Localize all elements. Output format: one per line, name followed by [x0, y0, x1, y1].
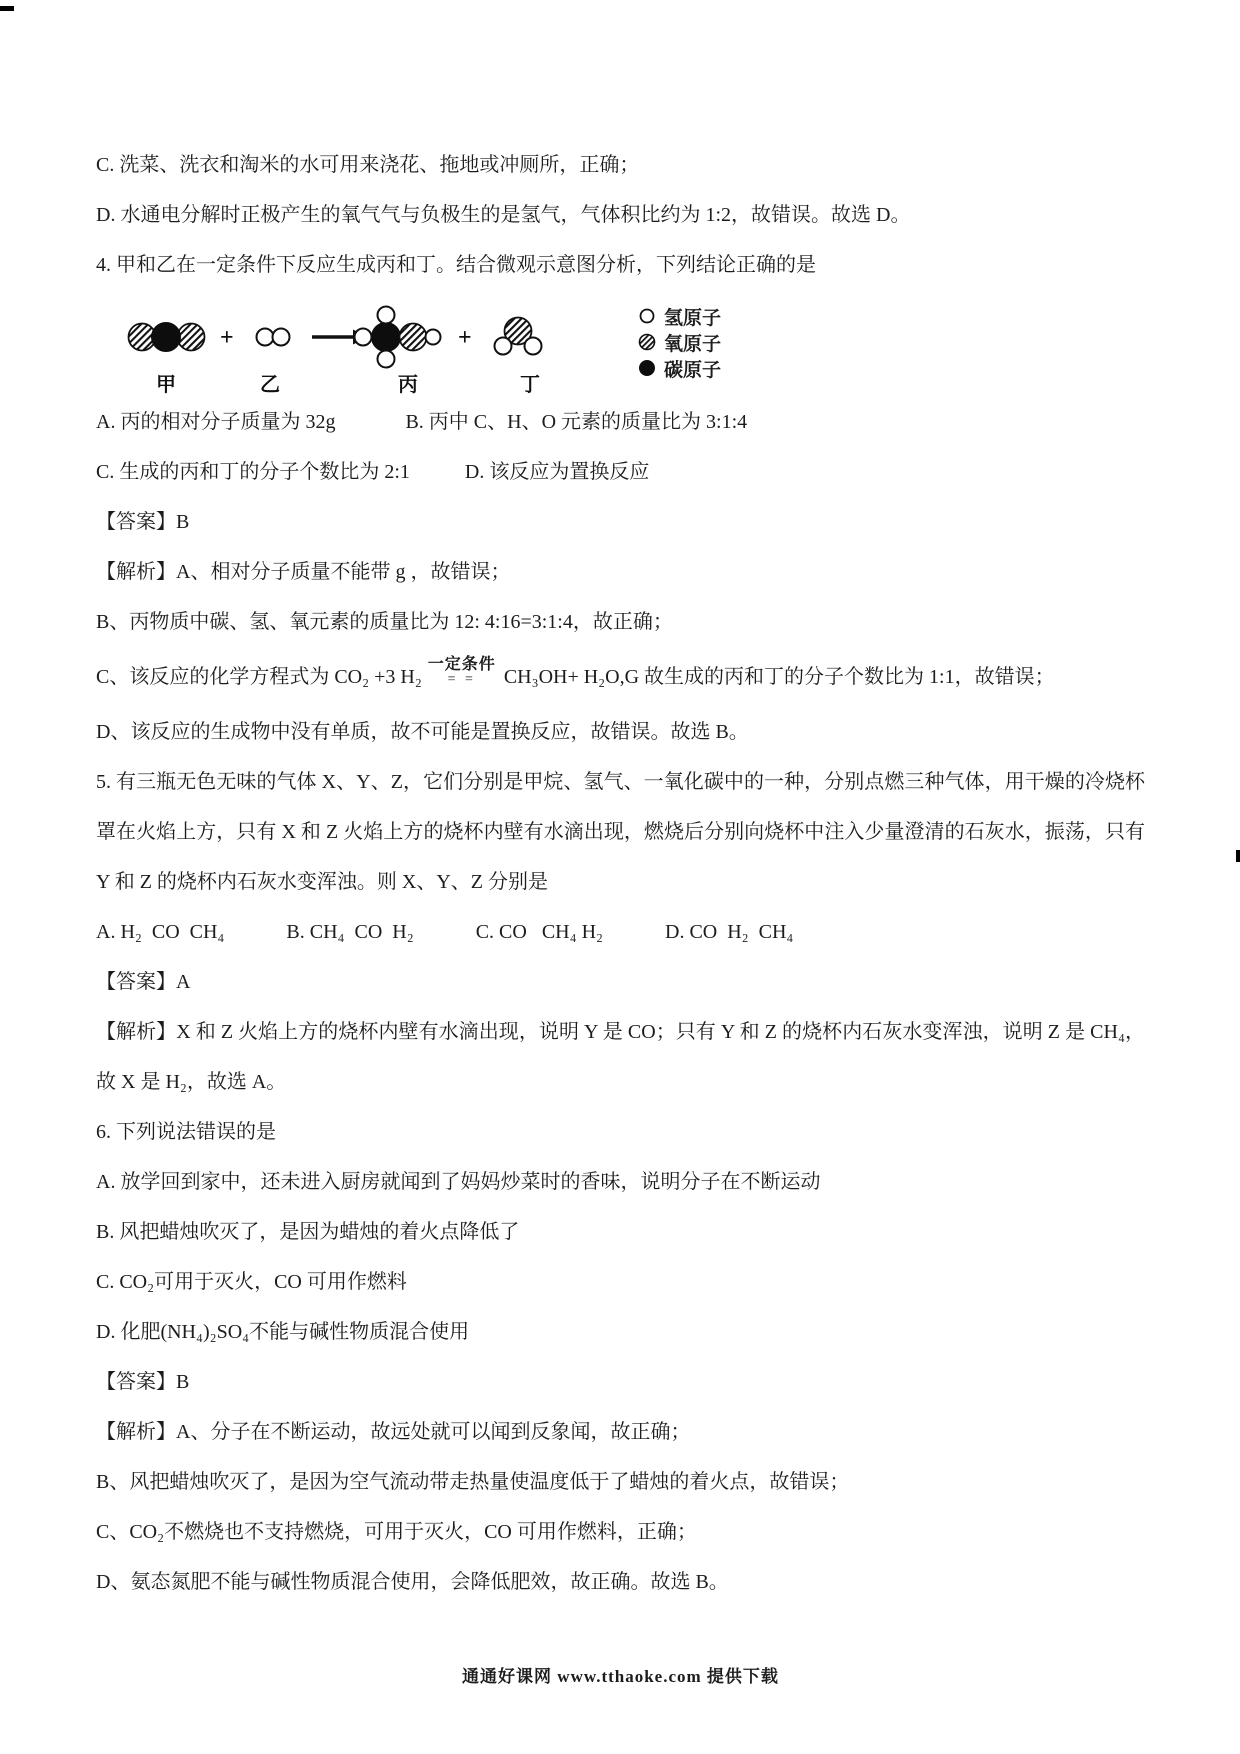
document-page: C. 洗菜、洗衣和淘米的水可用来浇花、拖地或冲厕所，正确； D. 水通电分解时正…: [0, 0, 1240, 1754]
q4-options-row-ab: A. 丙的相对分子质量为 32g B. 丙中 C、H、O 元素的质量比为 3:1…: [96, 397, 1145, 447]
legend-oxygen-label: 氧原子: [664, 329, 721, 356]
molecule-ding-h2o: [495, 318, 542, 355]
legend-hydrogen-label: 氢原子: [664, 303, 721, 330]
q5-stem: 5. 有三瓶无色无味的气体 X、Y、Z，它们分别是甲烷、氢气、一氧化碳中的一种，…: [96, 757, 1145, 907]
q4-stem: 4. 甲和乙在一定条件下反应生成丙和丁。结合微观示意图分析，下列结论正确的是: [96, 240, 1145, 290]
equals-sign: = =: [448, 673, 476, 688]
label-bing: 丙: [398, 373, 418, 396]
q5-option-c: C. CO CH₄ H₂: [476, 907, 603, 957]
label-yi: 乙: [260, 374, 280, 396]
molecule-jia-co2: [129, 323, 205, 352]
legend-oxygen: 氧原子: [638, 329, 721, 355]
equation-left: C、该反应的化学方程式为 CO₂ +3 H₂: [96, 666, 422, 688]
plus-sign: +: [458, 325, 472, 351]
legend-carbon-label: 碳原子: [664, 355, 721, 382]
label-ding: 丁: [520, 373, 540, 396]
legend-carbon: 碳原子: [638, 355, 721, 381]
q4-reaction-diagram: +: [96, 290, 1145, 397]
q4-option-c: C. 生成的丙和丁的分子个数比为 2:1: [96, 447, 410, 497]
q3-analysis-option-c: C. 洗菜、洗衣和淘米的水可用来浇花、拖地或冲厕所，正确；: [96, 140, 1145, 190]
document-content: C. 洗菜、洗衣和淘米的水可用来浇花、拖地或冲厕所，正确； D. 水通电分解时正…: [0, 0, 1240, 1702]
q6-analysis-b: B、风把蜡烛吹灭了，是因为空气流动带走热量使温度低于了蜡烛的着火点，故错误；: [96, 1457, 1145, 1507]
q4-answer: 【答案】B: [96, 497, 1145, 547]
footer-watermark: 通通好课网 www.tthaoke.com 提供下载: [96, 1652, 1145, 1702]
q5-analysis: 【解析】X 和 Z 火焰上方的烧杯内壁有水滴出现，说明 Y 是 CO；只有 Y …: [96, 1007, 1145, 1107]
q6-analysis-c: C、CO₂不燃烧也不支持燃烧，可用于灭火，CO 可用作燃料，正确；: [96, 1507, 1145, 1557]
q4-options-row-cd: C. 生成的丙和丁的分子个数比为 2:1 D. 该反应为置换反应: [96, 447, 1145, 497]
label-jia: 甲: [156, 373, 176, 396]
q4-analysis-c: C、该反应的化学方程式为 CO₂ +3 H₂一定条件= =CH₃OH+ H₂O,…: [96, 647, 1145, 707]
q4-option-b: B. 丙中 C、H、O 元素的质量比为 3:1:4: [405, 397, 747, 447]
q4-analysis-d: D、该反应的生成物中没有单质，故不可能是置换反应，故错误。故选 B。: [96, 707, 1145, 757]
q4-option-d: D. 该反应为置换反应: [465, 447, 649, 497]
carbon-atom-icon: [638, 359, 656, 377]
molecule-bing-ch3oh: [355, 307, 441, 368]
q6-analysis-a: 【解析】A、分子在不断运动，故远处就可以闻到反象闻，故正确；: [96, 1407, 1145, 1457]
q5-answer: 【答案】A: [96, 957, 1145, 1007]
q5-option-a: A. H₂ CO CH₄: [96, 907, 224, 957]
q5-option-d: D. CO H₂ CH₄: [665, 907, 793, 957]
q6-stem: 6. 下列说法错误的是: [96, 1107, 1145, 1157]
q3-analysis-option-d: D. 水通电分解时正极产生的氧气气与负极生的是氢气，气体积比约为 1:2，故错误…: [96, 190, 1145, 240]
condition-text: 一定条件: [428, 657, 496, 674]
molecule-yi-h2: [257, 329, 290, 346]
equation-right: CH₃OH+ H₂O,G 故生成的丙和丁的分子个数比为 1:1，故错误；: [504, 666, 1055, 688]
reaction-condition: 一定条件= =: [428, 657, 496, 688]
q4-option-a: A. 丙的相对分子质量为 32g: [96, 397, 335, 447]
legend-hydrogen: 氢原子: [638, 303, 721, 329]
plus-sign: +: [220, 325, 234, 351]
q5-options-row: A. H₂ CO CH₄ B. CH₄ CO H₂ C. CO CH₄ H₂ D…: [96, 907, 1145, 957]
q4-analysis-a: 【解析】A、相对分子质量不能带 g ，故错误；: [96, 547, 1145, 597]
oxygen-atom-icon: [638, 333, 656, 351]
q6-analysis-d: D、氨态氮肥不能与碱性物质混合使用，会降低肥效，故正确。故选 B。: [96, 1557, 1145, 1607]
q6-option-b: B. 风把蜡烛吹灭了，是因为蜡烛的着火点降低了: [96, 1207, 1145, 1257]
q6-option-a: A. 放学回到家中，还未进入厨房就闻到了妈妈炒菜时的香味，说明分子在不断运动: [96, 1157, 1145, 1207]
atom-legend: 氢原子 氧原子: [638, 303, 721, 381]
hydrogen-atom-icon: [638, 307, 656, 325]
q6-answer: 【答案】B: [96, 1357, 1145, 1407]
q4-analysis-b: B、丙物质中碳、氢、氧元素的质量比为 12: 4:16=3:1:4，故正确；: [96, 597, 1145, 647]
q6-option-d: D. 化肥(NH₄)₂SO₄不能与碱性物质混合使用: [96, 1307, 1145, 1357]
q5-option-b: B. CH₄ CO H₂: [286, 907, 413, 957]
q6-option-c: C. CO₂可用于灭火，CO 可用作燃料: [96, 1257, 1145, 1307]
molecular-diagram: +: [96, 290, 656, 397]
